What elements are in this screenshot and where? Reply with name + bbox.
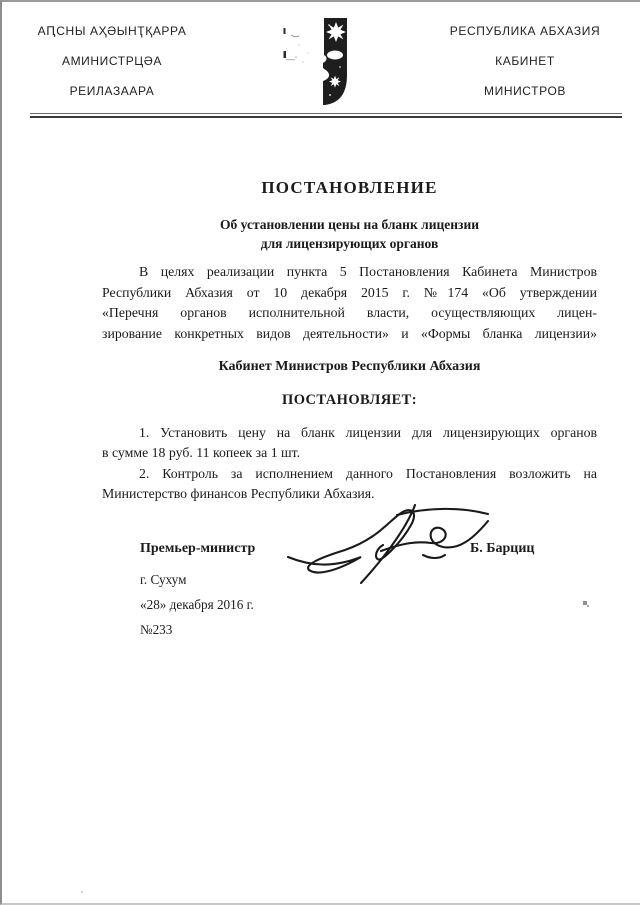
scan-speck xyxy=(583,601,587,605)
subject-line: Об установлении цены на бланк лицензии xyxy=(102,215,597,234)
letterhead-left-line: РЕИЛАЗААРА xyxy=(8,84,216,98)
letterhead-right-line: МИНИСТРОВ xyxy=(423,84,627,98)
letterhead-left: АԤСНЫ АҲӘЫНҬҚАРРА АМИНИСТРЦӘА РЕИЛАЗААРА xyxy=(8,24,216,114)
preamble-paragraph: В целях реализации пункта 5 Постановлени… xyxy=(102,262,597,344)
coat-of-arms-icon xyxy=(283,15,349,109)
handwritten-signature xyxy=(285,499,490,587)
signer-post: Премьер-министр xyxy=(140,541,255,557)
preamble-line: зирование конкретных видов деятельности»… xyxy=(102,324,597,345)
issuer-name: Кабинет Министров Республики Абхазия xyxy=(102,359,597,375)
document-number: №233 xyxy=(140,622,172,638)
letterhead-left-line: АԤСНЫ АҲӘЫНҬҚАРРА xyxy=(8,24,216,38)
decree-word: ПОСТАНОВЛЯЕТ: xyxy=(102,392,597,409)
preamble-line: Республики Абхазия от 10 декабря 2015 г.… xyxy=(102,283,597,304)
decree-items: 1. Установить цену на бланк лицензии для… xyxy=(102,423,597,505)
letterhead-right: РЕСПУБЛИКА АБХАЗИЯ КАБИНЕТ МИНИСТРОВ xyxy=(423,24,627,114)
letterhead-separator xyxy=(30,113,622,118)
item-line: в сумме 18 руб. 11 копеек за 1 шт. xyxy=(102,443,597,463)
signature-place: г. Сухум xyxy=(140,572,186,588)
document-page: АԤСНЫ АҲӘЫНҬҚАРРА АМИНИСТРЦӘА РЕИЛАЗААРА xyxy=(0,0,640,905)
letterhead-right-line: КАБИНЕТ xyxy=(423,54,627,68)
signature-date: «28» декабря 2016 г. xyxy=(140,597,254,613)
scan-speck xyxy=(81,891,83,893)
preamble-line: «Перечня органов исполнительной власти, … xyxy=(102,303,597,324)
document-subject: Об установлении цены на бланк лицензии д… xyxy=(102,215,597,253)
preamble-line: В целях реализации пункта 5 Постановлени… xyxy=(102,262,597,283)
letterhead-right-line: РЕСПУБЛИКА АБХАЗИЯ xyxy=(423,24,627,38)
item-line: 2. Контроль за исполнением данного Поста… xyxy=(102,464,597,484)
document-title: ПОСТАНОВЛЕНИЕ xyxy=(102,178,597,198)
item-line: 1. Установить цену на бланк лицензии для… xyxy=(102,423,597,443)
letterhead-left-line: АМИНИСТРЦӘА xyxy=(8,54,216,68)
subject-line: для лицензирующих органов xyxy=(102,234,597,253)
signer-name: Б. Барциц xyxy=(470,541,535,557)
